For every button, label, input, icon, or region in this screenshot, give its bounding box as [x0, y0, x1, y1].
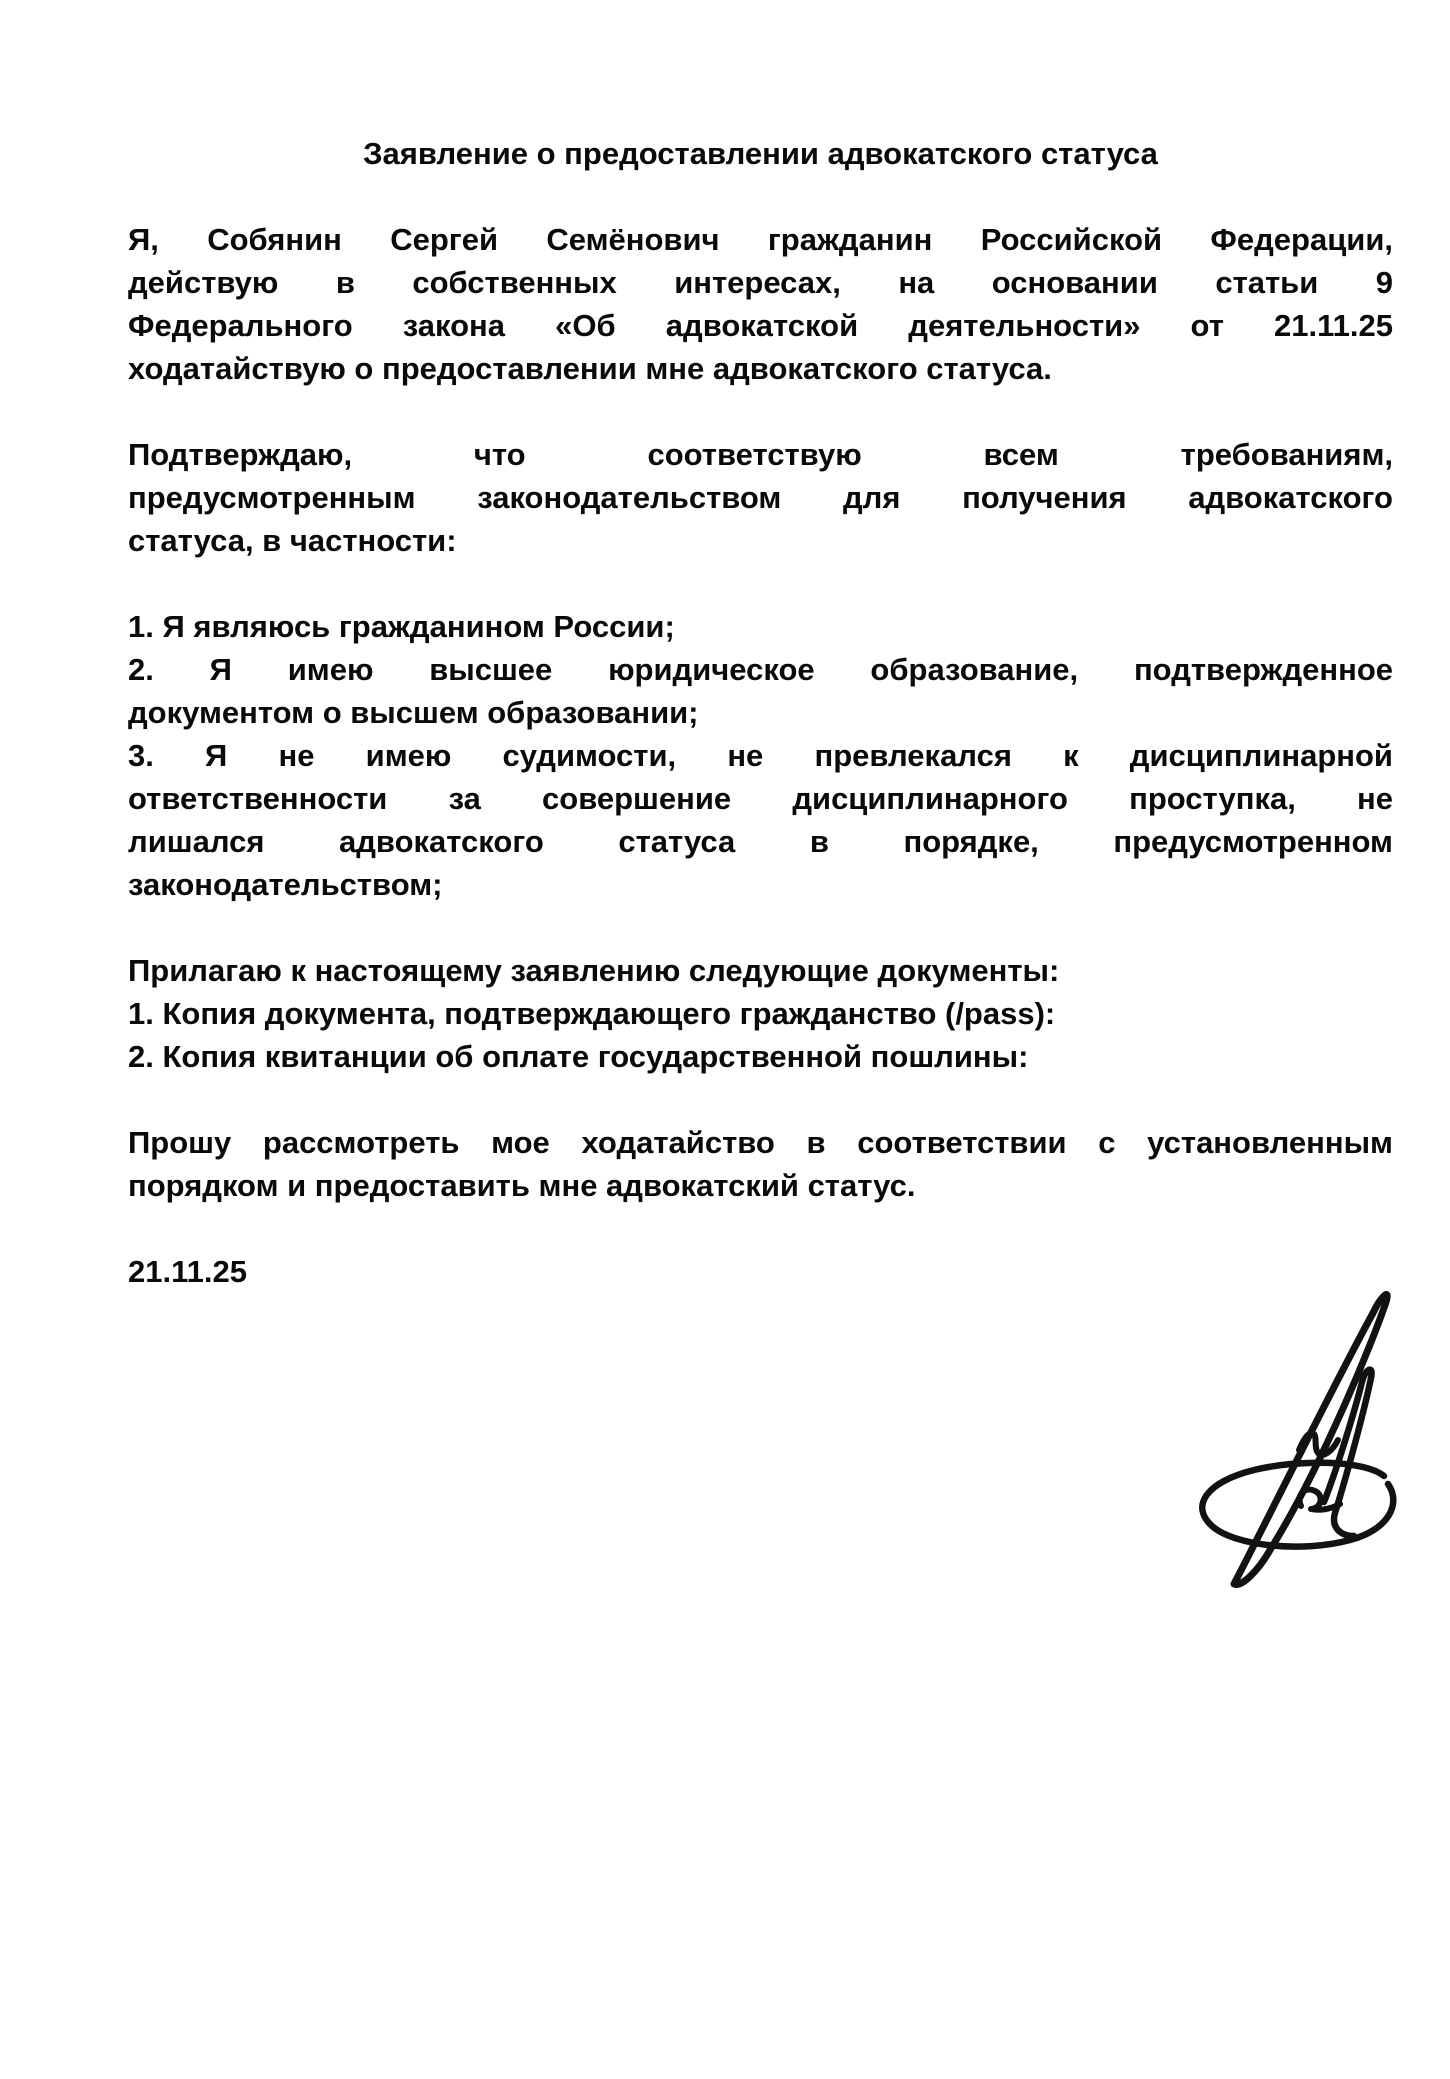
text-line: 2. Копия квитанции об оплате государстве…: [128, 1035, 1393, 1078]
text-line: 2. Я имею высшее юридическое образование…: [128, 648, 1393, 691]
requirement-item-1: 1. Я являюсь гражданином России;: [128, 605, 1393, 648]
signature-main-stroke: [1234, 1294, 1387, 1584]
text-line: статуса, в частности:: [128, 519, 1393, 562]
request-paragraph: Прошу рассмотреть мое ходатайство в соот…: [128, 1121, 1393, 1207]
text-line: предусмотренным законодательством для по…: [128, 476, 1393, 519]
text-line: Подтверждаю, что соответствую всем требо…: [128, 433, 1393, 476]
text-line: 1. Копия документа, подтверждающего граж…: [128, 992, 1393, 1035]
requirement-item-3: 3. Я не имею судимости, не превлекался к…: [128, 734, 1393, 906]
document-page: Заявление о предоставлении адвокатского …: [0, 0, 1450, 2079]
document-title: Заявление о предоставлении адвокатского …: [128, 132, 1393, 175]
signature: [1150, 1270, 1420, 1610]
text-line: Прилагаю к настоящему заявлению следующи…: [128, 949, 1393, 992]
requirements-list: 1. Я являюсь гражданином России; 2. Я им…: [128, 605, 1393, 906]
text-line: документом о высшем образовании;: [128, 691, 1393, 734]
text-line: Я, Собянин Сергей Семёнович гражданин Ро…: [128, 218, 1393, 261]
attachment-item-1: 1. Копия документа, подтверждающего граж…: [128, 992, 1393, 1035]
text-line: действую в собственных интересах, на осн…: [128, 261, 1393, 304]
text-line: 3. Я не имею судимости, не превлекался к…: [128, 734, 1393, 777]
text-line: лишался адвокатского статуса в порядке, …: [128, 820, 1393, 863]
attachments-section: Прилагаю к настоящему заявлению следующи…: [128, 949, 1393, 1078]
text-line: Прошу рассмотреть мое ходатайство в соот…: [128, 1121, 1393, 1164]
signature-loop-stroke: [1300, 1490, 1340, 1510]
requirement-item-2: 2. Я имею высшее юридическое образование…: [128, 648, 1393, 734]
text-line: ходатайствую о предоставлении мне адвока…: [128, 347, 1393, 390]
text-line: ответственности за совершение дисциплина…: [128, 777, 1393, 820]
text-line: 1. Я являюсь гражданином России;: [128, 605, 1393, 648]
text-line: порядком и предоставить мне адвокатский …: [128, 1164, 1393, 1207]
text-line: законодательством;: [128, 863, 1393, 906]
intro-paragraph: Я, Собянин Сергей Семёнович гражданин Ро…: [128, 218, 1393, 390]
attachments-heading: Прилагаю к настоящему заявлению следующи…: [128, 949, 1393, 992]
attachment-item-2: 2. Копия квитанции об оплате государстве…: [128, 1035, 1393, 1078]
confirmation-paragraph: Подтверждаю, что соответствую всем требо…: [128, 433, 1393, 562]
text-line: Федерального закона «Об адвокатской деят…: [128, 304, 1393, 347]
